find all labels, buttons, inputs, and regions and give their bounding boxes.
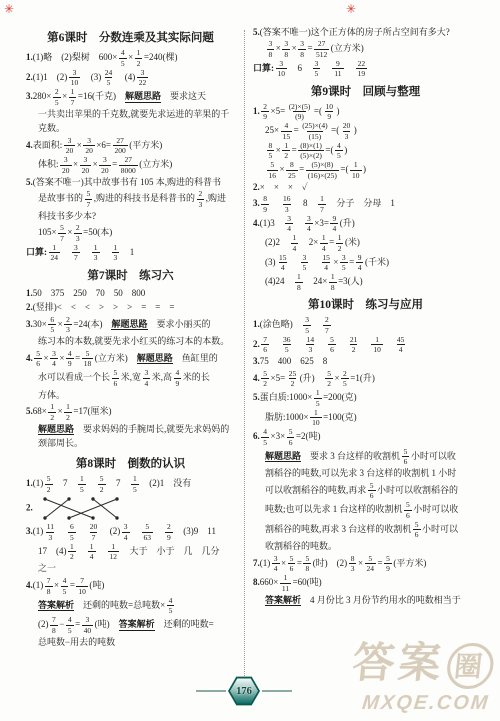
answer-line: (4)24 18 24×18=3(人) [253,273,478,291]
keyword-label: 解题思路 [137,353,173,365]
fraction: 524 [365,555,377,573]
answer-line: (2)2 14 2×14=12(米) [253,234,478,252]
fraction: 415 [281,122,293,140]
answer-line: 2.(1)1 (2)310 (3)245 (4)322 [26,69,235,87]
fraction: 27200 [113,137,128,155]
fraction: 12 [135,49,143,67]
answer-line: 5.(答案不唯一)其中故事书有 105 本,购进的科普书 [26,176,235,189]
fraction: 34 [143,369,151,387]
fraction: 56 [402,448,410,466]
fraction: 38 [267,40,275,58]
fraction: 825 [286,161,298,179]
answer-line: 是故事书的57,购进的科技书是科普书的23,购进 [26,190,235,208]
fraction: (8)×(1)(5)×(2) [298,142,324,160]
answer-line: 吨数;也可以先求 1 台这样的收割机56小时可以收 [253,501,478,519]
fraction: 203 [341,122,353,140]
matching-lines-diagram [37,495,129,522]
fraction: 320 [60,156,72,174]
fraction: 35 [301,254,309,272]
fraction: 110 [350,161,362,179]
keyword-label: 答案解析 [119,619,155,631]
workbook-answer-page: ✳ ✳ 第6课时 分数连乘及其实际问题1.(1)略 (2)梨树 600×45×1… [0,0,500,721]
page-number: 176 [236,686,252,697]
page-number-badge: 176 [196,676,292,706]
matching-exercise-row: 2. [26,495,235,522]
fraction: 56 [328,336,336,354]
answer-line: 解题思路 要求 3 台这样的收割机56小时可以收 [253,448,478,466]
answer-line: 方体。 [26,389,235,402]
fraction: 49 [66,350,74,368]
watermark: 答案圈 MXQE.COM [347,642,496,715]
fraction: 78 [50,616,58,634]
section-heading: 第10课时 练习与应用 [253,296,478,312]
answer-line: 割稻谷的吨数,再求 3 台这样的收割机56小时可以 [253,521,478,539]
answer-line: 体积:320×320×320=278000(立方米) [26,156,235,174]
answer-line: 1.(涂色略) 35 27 [253,316,478,334]
answer-line: 总吨数−用去的吨数 [26,636,235,649]
fraction: 23 [197,190,205,208]
fraction: 710 [76,577,88,595]
answer-line: 克数。 [26,122,235,135]
answer-line: 颈部周长。 [26,437,235,450]
answer-line: 3.75 400 625 8 [253,355,478,368]
fraction: 109 [324,103,336,121]
answer-line: 2.76 365 143 56 212 110 454 [253,336,478,354]
fraction: 35 [340,254,348,272]
fraction: 37 [72,244,80,262]
fraction: 110 [310,409,322,427]
keyword-label: 解题思路 [265,451,301,463]
answer-line: 解题思路 要求妈妈的手腕周长,就要先求妈妈的 [26,423,235,436]
fraction: 252 [287,370,299,388]
fraction: 154 [320,254,332,272]
fraction: 320 [64,137,76,155]
fraction: 17 [318,195,326,213]
fraction: 35 [313,60,321,78]
answer-line: 4.56×34×49=518(立方米) 解题思路 鱼缸里的 [26,350,235,368]
fraction: (2)×(5)(9) [287,103,313,121]
fraction: 12 [336,234,344,252]
fraction: 56 [368,482,376,500]
fraction: 34 [50,350,58,368]
fraction: 365 [281,336,293,354]
fraction: 52 [325,370,333,388]
watermark-brand-text: 答案 [350,639,447,686]
fraction: 12 [68,543,76,561]
fraction: 14 [320,234,328,252]
fraction: 35 [303,316,311,334]
fraction: 94 [330,215,338,233]
answer-line: 2.× × × ✓ [253,181,478,194]
fraction: 56 [112,369,120,387]
star-mark-icon: ✳ [346,3,356,15]
answer-line: 4.表面积:320×320×6=27200(平方米) [26,137,235,155]
left-column: 第6课时 分数连乘及其实际问题1.(1)略 (2)梨树 600×45×12=24… [26,24,235,650]
fraction: 27512 [314,40,329,58]
fraction: 52 [261,370,269,388]
fraction: 45 [261,428,269,446]
answer-line: 一共卖出苹果的千克数,就要先求运进的苹果的千 [26,108,235,121]
fraction: 154 [277,254,289,272]
answer-line: 25×415=(25)×(4)(15)=(203) [253,122,478,140]
fraction: 94 [356,254,364,272]
keyword-label: 解题思路 [38,424,74,436]
watermark-site: MXQE.COM [347,692,490,715]
answer-line: 口算:124 37 13 13 1 [26,244,235,262]
right-column: 5.(答案不唯一)这个正方体的房子所占空间有多大?38×38×38=27512(… [253,24,478,650]
fraction: 563 [142,523,154,541]
answer-line: 4.52×5=252(升) 52×25=1(升) [253,370,478,388]
fraction: 18 [295,273,303,291]
answer-line: 3.280×25×17=16(千克) 解题思路 要求这天 [26,88,235,106]
fraction: 112 [108,543,120,561]
answer-line: 1.50 375 250 70 50 800 [26,287,235,300]
answer-line: 38×38×38=27512(立方米) [253,40,478,58]
fraction: 34 [285,215,293,233]
badge-line-right [262,690,292,692]
answer-line: 答案解析 4 月份比 3 月份节约用水的吨数相当于 [253,594,478,607]
answer-line: (3)154 35 154×35=94(千米) [253,254,478,272]
answer-line: 2.(竖排)< < < > > > = = = [26,301,235,314]
fraction: 56 [404,501,412,519]
fraction: 34 [305,215,313,233]
answer-line: 6.45×3×56=2(吨) [253,428,478,446]
keyword-label: 解题思路 [125,91,161,103]
fraction: 310 [276,60,288,78]
fraction: 454 [395,336,407,354]
hexagon-icon: 176 [228,676,260,706]
fraction: 15 [131,475,139,493]
fraction: 17 [69,88,77,106]
fraction: 57 [85,190,93,208]
fraction: 124 [49,244,61,262]
keyword-label: 答案解析 [38,600,74,612]
answer-line: 1.(1)52 7 15 52 7 15 (2)1 没有 [26,475,235,493]
fraction: 14 [88,543,96,561]
fraction: 320 [80,156,92,174]
answer-line: 1.(1)略 (2)梨树 600×45×12=240(棵) [26,49,235,67]
fraction: 29 [165,523,173,541]
fraction: 13 [112,244,120,262]
answer-line: 8.660×111=60(吨) [253,574,478,592]
fraction: 340 [82,616,94,634]
fraction: 207 [88,523,100,541]
answer-line: 5.(答案不唯一)这个正方体的房子所占空间有多大? [253,26,478,39]
answer-line: 5.蛋白质:1000×15=200(克) [253,389,478,407]
fraction: 52 [45,475,53,493]
answer-line: 练习本的本数,就要先求小红买的练习本的本数。 [26,335,235,348]
keyword-label: 解题思路 [111,319,147,331]
fraction: 111 [280,574,291,592]
fraction: 14 [291,234,299,252]
fraction: 78 [45,577,53,595]
fraction: 65 [68,523,76,541]
fraction: 13 [92,244,100,262]
fraction: 34 [272,555,280,573]
answer-line: 7.(1)34×56=58(时) (2)83×524=59(平方米) [253,555,478,573]
fraction: 83 [349,555,357,573]
answer-line: 科技书多少本? [26,210,235,223]
fraction: 27 [323,316,331,334]
answer-line: 85×12=(8)×(1)(5)×(2)=(45) [253,142,478,160]
fraction: 18 [329,273,337,291]
answer-line: 水可以看成一个长56米,宽34米,高49米的长 [26,369,235,387]
fraction: 56 [34,350,42,368]
fraction: 12 [64,403,72,421]
fraction: 12 [48,403,56,421]
fraction: 2219 [356,60,368,78]
fraction: 15 [314,389,322,407]
fraction: 85 [267,142,275,160]
answer-line: 3.(1)113 65 207 (2)34 563 29 (3)9 11 [26,523,235,541]
answer-line: 516×825=(5)×(8)(16)×(25)=(110) [253,161,478,179]
answer-line: 17 (4)12 14 112 大于 小于 几 几分 [26,543,235,561]
section-heading: 第9课时 回顾与整理 [253,83,478,99]
answer-line: 之一 [26,562,235,575]
answer-line: 4.(1)78×45=710(吨) [26,577,235,595]
fraction: 163 [281,195,293,213]
fraction: 113 [45,523,56,541]
answer-line: 答案解析 还剩的吨数=总吨数×45 [26,597,235,615]
fraction: 212 [348,336,360,354]
section-heading: 第7课时 练习六 [26,267,235,283]
fraction: 56 [287,428,295,446]
fraction: 58 [303,555,311,573]
answer-columns: 第6课时 分数连乘及其实际问题1.(1)略 (2)梨树 600×45×12=24… [26,24,478,650]
fraction: (5)×(8)(16)×(25) [306,161,339,179]
fraction: 278000 [119,156,138,174]
fraction: 59 [384,555,392,573]
fraction: 516 [267,161,279,179]
fraction: 12 [282,142,290,160]
fraction: 29 [261,103,269,121]
fraction: 320 [99,156,111,174]
answer-line: 脂肪:1000×110=100(克) [253,409,478,427]
answer-line: 可以收割稻谷的吨数,再求56小时可以收割稻谷的 [253,482,478,500]
answer-line: 5.68×12×12=17(厘米) [26,403,235,421]
keyword-label: 答案解析 [265,595,301,607]
fraction: 45 [119,49,127,67]
fraction: 143 [305,336,317,354]
answer-line: 收割稻谷的吨数。 [253,540,478,553]
fraction: 25 [53,88,61,106]
fraction: 57 [58,224,66,242]
watermark-brand: 答案圈 [350,642,496,689]
answer-line: 口算:310 6 35 911 2219 [253,60,478,78]
fraction: 322 [137,69,149,87]
watermark-circle-icon: 圈 [445,643,496,689]
fraction: 23 [74,224,82,242]
fraction: 45 [66,616,74,634]
fraction: 34 [122,523,130,541]
fraction: 320 [83,137,95,155]
fraction: 65 [48,316,56,334]
answer-line: 1.29×5=(2)×(5)(9)=(109) [253,103,478,121]
fraction: 45 [335,142,343,160]
answer-line: 割稻谷的吨数,可以先求 3 台这样的收割机 1 小时 [253,467,478,480]
fraction: 38 [298,40,306,58]
fraction: 45 [61,577,69,595]
fraction: 56 [413,521,421,539]
fraction: 518 [82,350,94,368]
fraction: 49 [174,369,182,387]
fraction: 52 [98,475,106,493]
fraction: 23 [64,316,72,334]
fraction: 110 [371,336,383,354]
fraction: 15 [78,475,86,493]
badge-line-left [196,690,226,692]
section-heading: 第8课时 倒数的认识 [26,455,235,471]
fraction: 76 [261,336,269,354]
answer-line: 3.89 163 8 17 分子 分母 1 [253,195,478,213]
fraction: 38 [282,40,290,58]
answer-line: 4.(1)3 34 34×3=94(升) [253,215,478,233]
fraction: 245 [103,69,115,87]
fraction: 56 [288,555,296,573]
fraction: (25)×(4)(15) [300,122,329,140]
section-heading: 第6课时 分数连乘及其实际问题 [26,29,235,45]
answer-line: 105×57×23=50(本) [26,224,235,242]
fraction: 310 [69,69,81,87]
answer-line: 3.30×65×23=24(本) 解题思路 要求小丽买的 [26,316,235,334]
fraction: 25 [341,370,349,388]
fraction: 45 [167,597,175,615]
fraction: 89 [261,195,269,213]
answer-line: (2)78−45=340(吨) 答案解析 还剩的吨数= [26,616,235,634]
star-mark-icon: ✳ [4,3,14,15]
fraction: 911 [332,60,343,78]
